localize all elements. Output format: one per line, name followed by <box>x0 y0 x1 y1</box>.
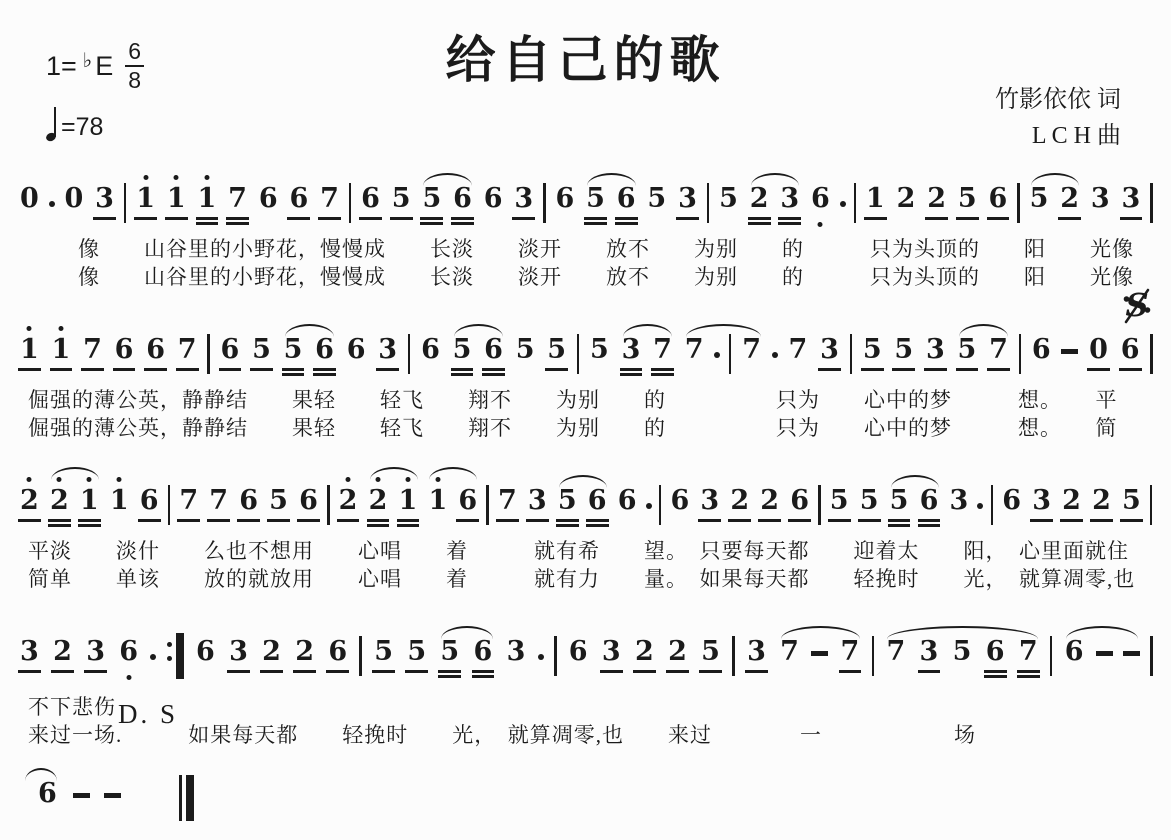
note: 6 <box>553 184 576 214</box>
lyrics-row: 平淡 淡什 么也不想用 心唱 着 就有希 望。 只要每天都 迎着太 阳， 心里面… <box>28 537 1155 565</box>
barline <box>818 485 821 525</box>
barline <box>1150 183 1153 223</box>
note: 6 <box>144 335 167 365</box>
note: 2 <box>337 486 360 516</box>
barline <box>1150 334 1153 374</box>
note: 6 <box>482 335 505 365</box>
note: 3 <box>918 637 941 667</box>
note: 6 <box>297 486 320 516</box>
lyrics-row: 像 山谷里的小野花，慢慢成 长淡 淡开 放不 为别 的 只为头顶的 阳 光像 <box>78 235 1155 263</box>
note: 5 <box>828 486 851 516</box>
note: 3 <box>620 335 643 365</box>
note: 5 <box>951 637 974 667</box>
note: 6 <box>567 637 590 667</box>
octave-dot-above <box>117 477 122 482</box>
barline <box>168 485 171 525</box>
lyrics-system-1: 像 山谷里的小野花，慢慢成 长淡 淡开 放不 为别 的 只为头顶的 阳 光像 像… <box>16 235 1155 291</box>
dash-note <box>1061 349 1078 354</box>
note: 7 <box>496 486 519 516</box>
slur <box>686 324 761 337</box>
slur <box>959 324 1008 337</box>
note: 6 <box>482 184 505 214</box>
note: 5 <box>514 335 537 365</box>
lyrics-row: 不下悲伤 <box>28 695 116 719</box>
note: 7 <box>787 335 810 365</box>
note: 5 <box>699 637 722 667</box>
note: 6 <box>1030 335 1053 365</box>
lyrics-row: 像 山谷里的小野花，慢慢成 长淡 淡开 放不 为别 的 只为头顶的 阳 光像 <box>78 263 1155 291</box>
note: 5 <box>438 637 461 667</box>
note: 2 <box>1060 486 1083 516</box>
slur <box>781 626 860 639</box>
note: 2 <box>728 486 751 516</box>
note: 6 <box>615 184 638 214</box>
note: 6 <box>616 486 639 516</box>
augmentation-dot <box>840 201 846 207</box>
barline <box>486 485 489 525</box>
octave-dot-above <box>174 175 179 180</box>
note: 1 <box>196 184 219 214</box>
note: 7 <box>778 637 801 667</box>
note: 2 <box>260 637 283 667</box>
music-line: 6 <box>16 759 1155 835</box>
note: 1 <box>78 486 101 516</box>
note: 6 <box>788 486 811 516</box>
slur <box>25 768 57 781</box>
note: 7 <box>651 335 674 365</box>
note: 1 <box>864 184 887 214</box>
note: 5 <box>717 184 740 214</box>
note: 3 <box>18 637 41 667</box>
repeat-dots <box>167 642 172 661</box>
note: 5 <box>1028 184 1051 214</box>
note: 6 <box>345 335 368 365</box>
augmentation-dot <box>49 201 55 207</box>
note: 7 <box>226 184 249 214</box>
note: 3 <box>676 184 699 214</box>
octave-dot-above <box>346 477 351 482</box>
note: 3 <box>948 486 971 516</box>
barline <box>327 485 330 525</box>
note: 7 <box>176 335 199 365</box>
note: 5 <box>584 184 607 214</box>
octave-dot-below <box>126 675 131 680</box>
note: 2 <box>48 486 71 516</box>
slur <box>891 475 939 488</box>
note: 7 <box>683 335 706 365</box>
note: 3 <box>778 184 801 214</box>
score-header: 1=♭E 6 8 =78 给自己的歌 竹影依依 词 L C H 曲 <box>16 6 1155 164</box>
music-line: 11766765566365655537777355357606S <box>16 315 1155 388</box>
note: 6 <box>984 637 1007 667</box>
barline <box>850 334 853 374</box>
barline <box>554 636 557 676</box>
note: 2 <box>666 637 689 667</box>
barline <box>1019 334 1022 374</box>
segno-icon: S <box>1121 287 1153 330</box>
music-line: 3236632265556363225377735676 <box>16 617 1155 693</box>
note: 3 <box>745 637 768 667</box>
lyricist-credit: 竹影依依 词 <box>995 82 1121 118</box>
lyrics-system-3: 平淡 淡什 么也不想用 心唱 着 就有希 望。 只要每天都 迎着太 阳， 心里面… <box>16 537 1155 593</box>
slur <box>441 626 493 639</box>
note: 2 <box>293 637 316 667</box>
note: 3 <box>1030 486 1053 516</box>
barline <box>854 183 857 223</box>
note: 2 <box>51 637 74 667</box>
notation-line-4: 3236632265556363225377735676 <box>16 617 1155 693</box>
note: 1 <box>165 184 188 214</box>
octave-dot-above <box>27 477 32 482</box>
barline <box>359 636 362 676</box>
note: 6 <box>1063 637 1086 667</box>
note: 6 <box>359 184 382 214</box>
note: 3 <box>376 335 399 365</box>
note: 5 <box>372 637 395 667</box>
note: 6 <box>987 184 1010 214</box>
note: 3 <box>1089 184 1112 214</box>
note: 6 <box>257 184 280 214</box>
note: 7 <box>839 637 862 667</box>
note: 2 <box>748 184 771 214</box>
note: 2 <box>1058 184 1081 214</box>
quarter-note-icon <box>46 106 58 142</box>
note: 3 <box>1120 184 1143 214</box>
dash-note <box>1096 651 1113 656</box>
octave-dot-above <box>58 326 63 331</box>
note: 6 <box>237 486 260 516</box>
note: 2 <box>925 184 948 214</box>
octave-dot-above <box>27 326 32 331</box>
note: 6 <box>326 637 349 667</box>
note: 6 <box>668 486 691 516</box>
lyrics-row: 倔强的薄公英，静静结 果轻 轻飞 翔不 为别 的 只为 心中的梦 想。 简 <box>28 414 1155 442</box>
note: 6 <box>36 779 59 809</box>
note: 5 <box>858 486 881 516</box>
note: 6 <box>287 184 310 214</box>
slur <box>1031 173 1079 186</box>
lyrics-row: 简单 单该 放的就放用 心唱 着 就有力 量。 如果每天都 轻挽时 光， 就算凋… <box>28 565 1155 593</box>
note: 0 <box>18 184 41 214</box>
note: 5 <box>390 184 413 214</box>
slur <box>454 324 503 337</box>
note: 7 <box>884 637 907 667</box>
note: 3 <box>505 637 528 667</box>
note: 3 <box>924 335 947 365</box>
note: 7 <box>740 335 763 365</box>
barline <box>991 485 994 525</box>
note: 6 <box>1000 486 1023 516</box>
barline <box>1150 636 1153 676</box>
composer-credit: L C H 曲 <box>995 118 1121 154</box>
slur <box>51 467 99 480</box>
augmentation-dot <box>714 352 720 358</box>
note: 5 <box>420 184 443 214</box>
note: 5 <box>250 335 273 365</box>
lyrics-system-4: 不下悲伤D. S 来过一场. 如果每天都 轻挽时 光， 就算凋零,也 来过 一 … <box>16 691 1155 749</box>
augmentation-dot <box>538 654 544 660</box>
note: 2 <box>1090 486 1113 516</box>
notation-line-3: 22116776562211673566632265556363225 <box>16 466 1155 539</box>
note: 7 <box>318 184 341 214</box>
barline <box>349 183 352 223</box>
note: 6 <box>451 184 474 214</box>
note: 5 <box>282 335 305 365</box>
augmentation-dot <box>977 503 983 509</box>
lyrics-system-2: 倔强的薄公英，静静结 果轻 轻飞 翔不 为别 的 只为 心中的梦 想。 平 倔强… <box>16 386 1155 442</box>
note: 2 <box>18 486 41 516</box>
note: 1 <box>50 335 73 365</box>
note: 6 <box>419 335 442 365</box>
note: 7 <box>177 486 200 516</box>
note: 6 <box>194 637 217 667</box>
note: 3 <box>600 637 623 667</box>
note: 5 <box>588 335 611 365</box>
augmentation-dot <box>150 654 156 660</box>
note: 3 <box>93 184 116 214</box>
note: 3 <box>227 637 250 667</box>
dash-note <box>811 651 828 656</box>
note: 7 <box>987 335 1010 365</box>
note: 1 <box>426 486 449 516</box>
note: 6 <box>113 335 136 365</box>
lyrics-row: 来过一场. 如果每天都 轻挽时 光， 就算凋零,也 来过 一 场 <box>28 721 1155 749</box>
notation-line-5: 6 <box>16 759 1155 835</box>
note: 5 <box>956 184 979 214</box>
barline <box>707 183 710 223</box>
note: 3 <box>818 335 841 365</box>
note: 0 <box>1087 335 1110 365</box>
tempo-marking: =78 <box>46 106 103 142</box>
octave-dot-above <box>143 175 148 180</box>
slur <box>1066 626 1138 639</box>
slur <box>751 173 799 186</box>
note: 1 <box>134 184 157 214</box>
lyrics-row: 倔强的薄公英，静静结 果轻 轻飞 翔不 为别 的 只为 心中的梦 想。 平 <box>28 386 1155 414</box>
note: 1 <box>397 486 420 516</box>
barline <box>872 636 875 676</box>
note: 6 <box>918 486 941 516</box>
slur <box>887 626 1038 639</box>
note: 0 <box>63 184 86 214</box>
note: 6 <box>138 486 161 516</box>
note: 5 <box>545 335 568 365</box>
note: 5 <box>556 486 579 516</box>
slur <box>370 467 418 480</box>
note: 2 <box>367 486 390 516</box>
augmentation-dot <box>646 503 652 509</box>
barline <box>543 183 546 223</box>
note: 5 <box>892 335 915 365</box>
note: 5 <box>861 335 884 365</box>
dash-note <box>104 793 121 798</box>
note: 1 <box>108 486 131 516</box>
note: 6 <box>313 335 336 365</box>
barline <box>659 485 662 525</box>
barline <box>1017 183 1020 223</box>
tempo-value: =78 <box>61 113 103 142</box>
note: 6 <box>219 335 242 365</box>
note: 7 <box>207 486 230 516</box>
slur <box>623 324 672 337</box>
note: 6 <box>472 637 495 667</box>
note: 6 <box>1119 335 1142 365</box>
notation-line-2: 11766765566365655537777355357606S <box>16 315 1155 388</box>
note: 3 <box>698 486 721 516</box>
note: 7 <box>1017 637 1040 667</box>
dash-note <box>1123 651 1140 656</box>
note: 3 <box>512 184 535 214</box>
note: 5 <box>405 637 428 667</box>
slur <box>429 467 477 480</box>
repeat-barline <box>167 633 184 679</box>
dal-segno-marker: D. S <box>118 699 178 729</box>
note: 5 <box>956 335 979 365</box>
dash-note <box>73 793 90 798</box>
note: 2 <box>758 486 781 516</box>
credits: 竹影依依 词 L C H 曲 <box>995 82 1121 154</box>
note: 6 <box>456 486 479 516</box>
note: 5 <box>267 486 290 516</box>
slur <box>559 475 607 488</box>
barline <box>1150 485 1153 525</box>
note: 6 <box>117 637 140 667</box>
note: 2 <box>633 637 656 667</box>
note: 1 <box>18 335 41 365</box>
note: 2 <box>895 184 918 214</box>
octave-dot-above <box>204 175 209 180</box>
notation-line-1: 0031117667655663656535236122565233 <box>16 164 1155 237</box>
barline <box>408 334 411 374</box>
barline <box>577 334 580 374</box>
note: 7 <box>81 335 104 365</box>
slur <box>587 173 636 186</box>
note: 5 <box>645 184 668 214</box>
sheet-music-page: 1=♭E 6 8 =78 给自己的歌 竹影依依 词 L C H 曲 003111… <box>0 0 1171 840</box>
final-barline <box>179 775 194 821</box>
note: 5 <box>888 486 911 516</box>
augmentation-dot <box>772 352 778 358</box>
note: 5 <box>451 335 474 365</box>
barline <box>207 334 210 374</box>
note: 3 <box>84 637 107 667</box>
barline <box>732 636 735 676</box>
note: 6 <box>586 486 609 516</box>
note: 3 <box>526 486 549 516</box>
barline <box>1050 636 1053 676</box>
slur <box>423 173 472 186</box>
note: 5 <box>1120 486 1143 516</box>
note: 6 <box>809 184 832 214</box>
music-line: 0031117667655663656535236122565233 <box>16 164 1155 237</box>
lyrics-row-with-ds: 不下悲伤D. S <box>28 691 1155 721</box>
song-title: 给自己的歌 <box>16 20 1155 92</box>
slur <box>285 324 334 337</box>
barline <box>729 334 732 374</box>
octave-dot-below <box>818 222 823 227</box>
music-line: 22116776562211673566632265556363225 <box>16 466 1155 539</box>
barline <box>124 183 127 223</box>
